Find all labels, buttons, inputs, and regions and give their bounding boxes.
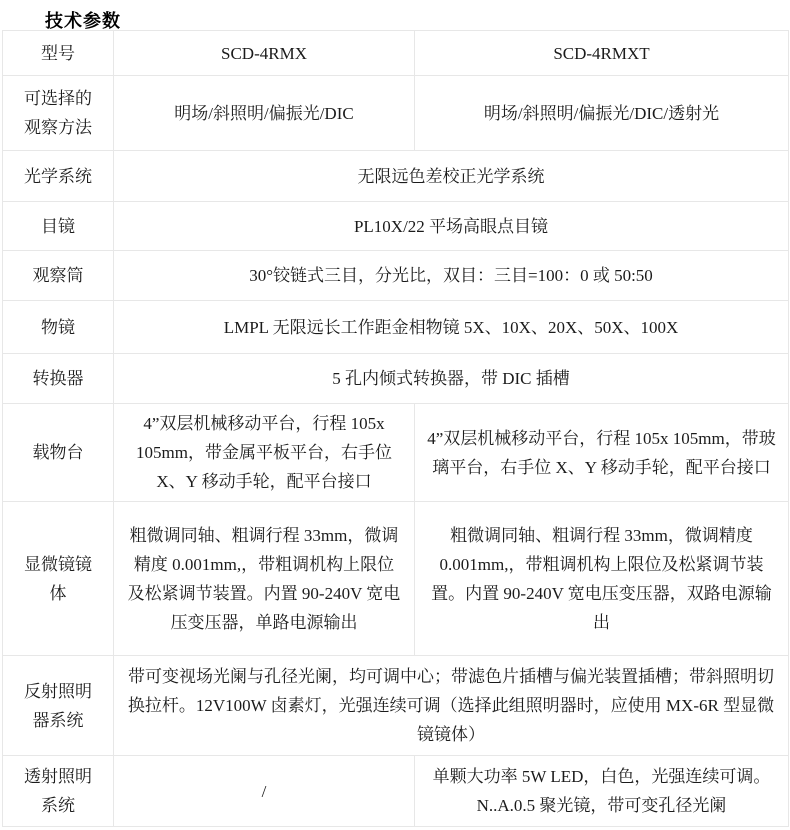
row-header-microscope-body: 显微镜镜体 — [3, 502, 114, 656]
cell-stage-left: 4”双层机械移动平台，行程 105x 105mm，带金属平板平台，右手位 X、Y… — [114, 404, 415, 502]
table-row-observation-methods: 可选择的观察方法 明场/斜照明/偏振光/DIC 明场/斜照明/偏振光/DIC/透… — [3, 76, 789, 151]
row-header-transmitted-illuminator: 透射照明系统 — [3, 756, 114, 827]
table-row-nosepiece: 转换器 5 孔内倾式转换器，带 DIC 插槽 — [3, 354, 789, 404]
table-row-model: 型号 SCD-4RMX SCD-4RMXT — [3, 31, 789, 76]
row-header-eyepiece: 目镜 — [3, 202, 114, 251]
cell-microscope-body-right: 粗微调同轴、粗调行程 33mm，微调精度 0.001mm,，带粗调机构上限位及松… — [415, 502, 789, 656]
spec-page: 技术参数 型号 SCD-4RMX SCD-4RMXT 可选择的观察方法 明场/斜… — [0, 0, 790, 830]
table-row-stage: 载物台 4”双层机械移动平台，行程 105x 105mm，带金属平板平台，右手位… — [3, 404, 789, 502]
row-header-observation-tube: 观察筒 — [3, 251, 114, 301]
cell-reflected-illuminator-merged: 带可变视场光阑与孔径光阑，均可调中心；带滤色片插槽与偏光装置插槽；带斜照明切换拉… — [114, 656, 789, 756]
cell-observation-tube-merged: 30°铰链式三目，分光比，双目：三目=100：0 或 50:50 — [114, 251, 789, 301]
row-header-observation-methods: 可选择的观察方法 — [3, 76, 114, 151]
cell-objective-merged: LMPL 无限远长工作距金相物镜 5X、10X、20X、50X、100X — [114, 301, 789, 354]
cell-model-scd-4rmx: SCD-4RMX — [114, 31, 415, 76]
table-row-observation-tube: 观察筒 30°铰链式三目，分光比，双目：三目=100：0 或 50:50 — [3, 251, 789, 301]
row-header-stage: 载物台 — [3, 404, 114, 502]
table-row-eyepiece: 目镜 PL10X/22 平场高眼点目镜 — [3, 202, 789, 251]
row-header-model: 型号 — [3, 31, 114, 76]
row-header-optical-system: 光学系统 — [3, 151, 114, 202]
cell-microscope-body-left: 粗微调同轴、粗调行程 33mm，微调精度 0.001mm,，带粗调机构上限位及松… — [114, 502, 415, 656]
cell-observation-methods-left: 明场/斜照明/偏振光/DIC — [114, 76, 415, 151]
cell-model-scd-4rmxt: SCD-4RMXT — [415, 31, 789, 76]
row-header-objective: 物镜 — [3, 301, 114, 354]
cell-optical-system-merged: 无限远色差校正光学系统 — [114, 151, 789, 202]
cell-observation-methods-right: 明场/斜照明/偏振光/DIC/透射光 — [415, 76, 789, 151]
spec-table: 型号 SCD-4RMX SCD-4RMXT 可选择的观察方法 明场/斜照明/偏振… — [2, 30, 789, 827]
row-header-nosepiece: 转换器 — [3, 354, 114, 404]
cell-eyepiece-merged: PL10X/22 平场高眼点目镜 — [114, 202, 789, 251]
table-row-microscope-body: 显微镜镜体 粗微调同轴、粗调行程 33mm，微调精度 0.001mm,，带粗调机… — [3, 502, 789, 656]
table-row-objective: 物镜 LMPL 无限远长工作距金相物镜 5X、10X、20X、50X、100X — [3, 301, 789, 354]
cell-stage-right: 4”双层机械移动平台，行程 105x 105mm，带玻璃平台，右手位 X、Y 移… — [415, 404, 789, 502]
table-row-transmitted-illuminator: 透射照明系统 / 单颗大功率 5W LED，白色，光强连续可调。N..A.0.5… — [3, 756, 789, 827]
table-row-reflected-illuminator: 反射照明器系统 带可变视场光阑与孔径光阑，均可调中心；带滤色片插槽与偏光装置插槽… — [3, 656, 789, 756]
cell-nosepiece-merged: 5 孔内倾式转换器，带 DIC 插槽 — [114, 354, 789, 404]
row-header-reflected-illuminator: 反射照明器系统 — [3, 656, 114, 756]
cell-transmitted-illuminator-right: 单颗大功率 5W LED，白色，光强连续可调。N..A.0.5 聚光镜，带可变孔… — [415, 756, 789, 827]
table-row-optical-system: 光学系统 无限远色差校正光学系统 — [3, 151, 789, 202]
cell-transmitted-illuminator-left: / — [114, 756, 415, 827]
page-title: 技术参数 — [0, 0, 790, 30]
